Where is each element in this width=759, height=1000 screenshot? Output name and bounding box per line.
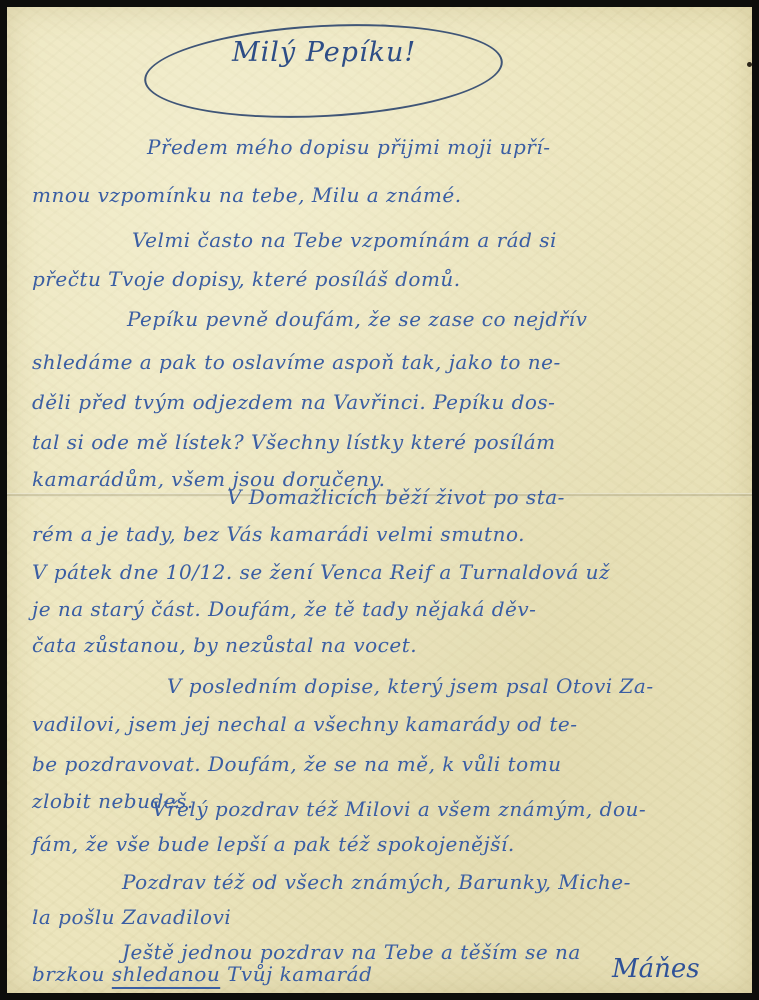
closing-underlined-word: shledanou xyxy=(112,962,220,986)
letter-line: la pošlu Zavadilovi xyxy=(32,905,231,929)
salutation: Milý Pepíku! xyxy=(232,37,416,68)
letter-line: je na starý část. Doufám, že tě tady něj… xyxy=(32,597,536,621)
letter-line: mnou vzpomínku na tebe, Milu a známé. xyxy=(32,183,462,207)
letter-line: Pozdrav též od všech známých, Barunky, M… xyxy=(122,870,631,894)
closing-line: brzkou shledanou Tvůj kamarád xyxy=(32,962,372,986)
paper-speck xyxy=(747,62,752,67)
letter-line: děli před tvým odjezdem na Vavřinci. Pep… xyxy=(32,390,555,414)
letter-line: shledáme a pak to oslavíme aspoň tak, ja… xyxy=(32,350,561,374)
letter-line: přečtu Tvoje dopisy, které posíláš domů. xyxy=(32,267,461,291)
letter-line: V Domažlicích běží život po sta- xyxy=(227,485,565,509)
letter-line: tal si ode mě lístek? Všechny lístky kte… xyxy=(32,430,556,454)
closing-rest: Tvůj kamarád xyxy=(227,962,372,986)
salutation-oval-flourish xyxy=(142,16,505,127)
letter-line: Ještě jednou pozdrav na Tebe a těším se … xyxy=(122,940,581,964)
letter-line: rém a je tady, bez Vás kamarádi velmi sm… xyxy=(32,522,525,546)
letter-line: čata zůstanou, by nezůstal na vocet. xyxy=(32,633,417,657)
letter-line: be pozdravovat. Doufám, že se na mě, k v… xyxy=(32,752,562,776)
signature: Máňes xyxy=(612,954,700,984)
closing-word: brzkou xyxy=(32,962,105,986)
letter-line: fám, že vše bude lepší a pak též spokoje… xyxy=(32,832,515,856)
letter-line: vadilovi, jsem jej nechal a všechny kama… xyxy=(32,712,577,736)
letter-line: V pátek dne 10/12. se žení Venca Reif a … xyxy=(32,560,610,584)
letter-line: Pepíku pevně doufám, že se zase co nejdř… xyxy=(127,307,587,331)
letter-line: Vřelý pozdrav též Milovi a všem známým, … xyxy=(152,797,646,821)
letter-line: V posledním dopise, který jsem psal Otov… xyxy=(167,674,654,698)
letter-line: Předem mého dopisu přijmi moji upří- xyxy=(147,135,550,159)
letter-line: Velmi často na Tebe vzpomínám a rád si xyxy=(132,228,557,252)
letter-sheet: Milý Pepíku! Předem mého dopisu přijmi m… xyxy=(7,7,752,993)
